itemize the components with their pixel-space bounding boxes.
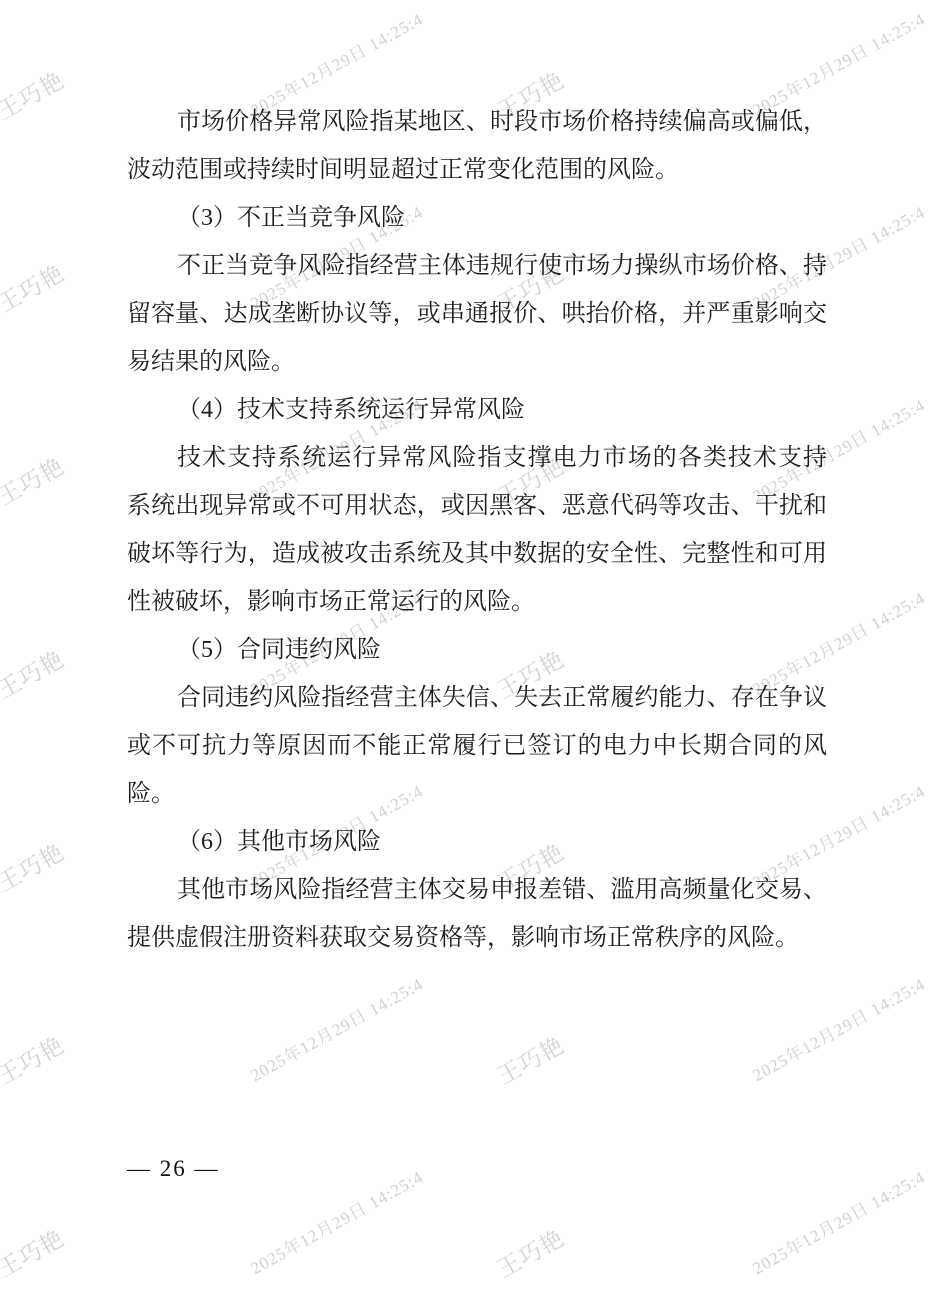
- paragraph: 技术支持系统运行异常风险指支撑电力市场的各类技术支持系统出现异常或不可用状态，或…: [127, 434, 827, 626]
- timestamp-watermark: 2025年12月29日 14:25:4: [245, 1163, 427, 1279]
- paragraph: （4）技术支持系统运行异常风险: [127, 386, 827, 434]
- text-line: 其他市场风险指经营主体交易申报差错、滥用高频量化交易、: [127, 866, 827, 914]
- paragraph: （5）合同违约风险: [127, 626, 827, 674]
- document-page: 王巧艳王巧艳王巧艳王巧艳王巧艳王巧艳王巧艳王巧艳王巧艳王巧艳王巧艳王巧艳王巧艳王…: [0, 0, 930, 1295]
- timestamp-watermark: 2025年12月29日 14:25:4: [747, 970, 929, 1086]
- page-number: — 26 —: [127, 1156, 220, 1182]
- name-watermark: 王巧艳: [0, 1027, 69, 1091]
- paragraph: （3）不正当竞争风险: [127, 194, 827, 242]
- text-line: （5）合同违约风险: [127, 626, 827, 674]
- paragraph: 不正当竞争风险指经营主体违规行使市场力操纵市场价格、持留容量、达成垄断协议等，或…: [127, 242, 827, 386]
- paragraph: 其他市场风险指经营主体交易申报差错、滥用高频量化交易、提供虚假注册资料获取交易资…: [127, 866, 827, 962]
- name-watermark: 王巧艳: [0, 255, 69, 319]
- text-line: 提供虚假注册资料获取交易资格等，影响市场正常秩序的风险。: [127, 914, 827, 962]
- text-line: 合同违约风险指经营主体失信、失去正常履约能力、存在争议: [127, 674, 827, 722]
- text-line: 险。: [127, 770, 827, 818]
- text-line: （3）不正当竞争风险: [127, 194, 827, 242]
- paragraph: （6）其他市场风险: [127, 818, 827, 866]
- text-line: （4）技术支持系统运行异常风险: [127, 386, 827, 434]
- name-watermark: 王巧艳: [0, 448, 69, 512]
- paragraph: 合同违约风险指经营主体失信、失去正常履约能力、存在争议或不可抗力等原因而不能正常…: [127, 674, 827, 818]
- text-line: 或不可抗力等原因而不能正常履行已签订的电力中长期合同的风: [127, 722, 827, 770]
- body-text: 市场价格异常风险指某地区、时段市场价格持续偏高或偏低，波动范围或持续时间明显超过…: [127, 98, 827, 962]
- text-line: （6）其他市场风险: [127, 818, 827, 866]
- paragraph: 市场价格异常风险指某地区、时段市场价格持续偏高或偏低，波动范围或持续时间明显超过…: [127, 98, 827, 194]
- text-line: 不正当竞争风险指经营主体违规行使市场力操纵市场价格、持: [127, 242, 827, 290]
- name-watermark: 王巧艳: [491, 1220, 570, 1284]
- text-line: 波动范围或持续时间明显超过正常变化范围的风险。: [127, 146, 827, 194]
- text-line: 留容量、达成垄断协议等，或串通报价、哄抬价格，并严重影响交: [127, 290, 827, 338]
- name-watermark: 王巧艳: [0, 834, 69, 898]
- text-line: 破坏等行为，造成被攻击系统及其中数据的安全性、完整性和可用: [127, 530, 827, 578]
- text-line: 技术支持系统运行异常风险指支撑电力市场的各类技术支持: [127, 434, 827, 482]
- timestamp-watermark: 2025年12月29日 14:25:4: [245, 970, 427, 1086]
- timestamp-watermark: 2025年12月29日 14:25:4: [747, 1163, 929, 1279]
- text-line: 易结果的风险。: [127, 338, 827, 386]
- name-watermark: 王巧艳: [0, 641, 69, 705]
- name-watermark: 王巧艳: [0, 1220, 69, 1284]
- text-line: 性被破坏，影响市场正常运行的风险。: [127, 578, 827, 626]
- name-watermark: 王巧艳: [0, 62, 69, 126]
- text-line: 市场价格异常风险指某地区、时段市场价格持续偏高或偏低，: [127, 98, 827, 146]
- name-watermark: 王巧艳: [491, 1027, 570, 1091]
- text-line: 系统出现异常或不可用状态，或因黑客、恶意代码等攻击、干扰和: [127, 482, 827, 530]
